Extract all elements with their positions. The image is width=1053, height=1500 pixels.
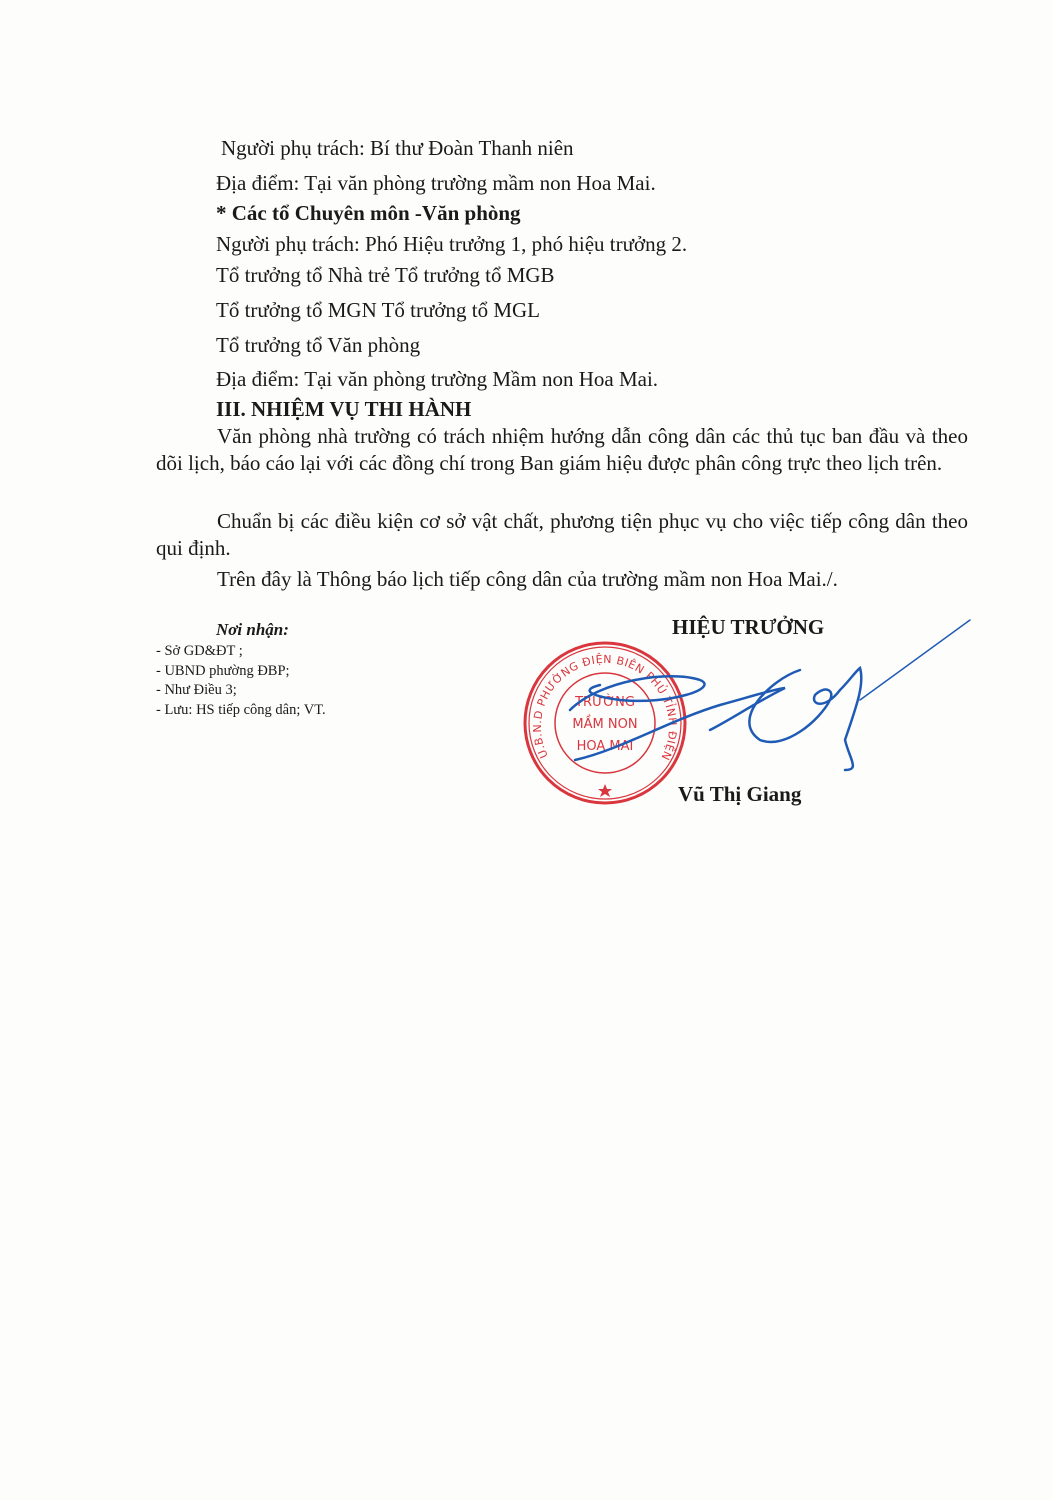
paragraph-preparation: Chuẩn bị các điều kiện cơ sở vật chất, p… (156, 508, 968, 562)
signatory-name: Vũ Thị Giang (678, 782, 801, 807)
location-line-1: Địa điểm: Tại văn phòng trường mầm non H… (216, 170, 656, 196)
stamp-star-icon (598, 784, 612, 797)
paragraph-duties: Văn phòng nhà trường có trách nhiệm hướn… (156, 423, 968, 477)
person-in-charge-youth: Người phụ trách: Bí thư Đoàn Thanh niên (221, 135, 574, 161)
subsection-heading: * Các tổ Chuyên môn -Văn phòng (216, 200, 521, 226)
recipient-item: - Lưu: HS tiếp công dân; VT. (156, 701, 326, 721)
recipient-item: - Sở GD&ĐT ; (156, 642, 326, 662)
recipient-item: - Như Điều 3; (156, 681, 326, 701)
team-leaders-line-3: Tổ trưởng tổ Văn phòng (216, 332, 420, 358)
team-leaders-line-1: Tổ trưởng tổ Nhà trẻ Tổ trưởng tổ MGB (216, 262, 555, 288)
team-leaders-line-2: Tổ trưởng tổ MGN Tổ trưởng tổ MGL (216, 297, 540, 323)
recipient-item: - UBND phường ĐBP; (156, 662, 326, 682)
recipients-list: - Sở GD&ĐT ; - UBND phường ĐBP; - Như Đi… (156, 642, 326, 720)
location-line-2: Địa điểm: Tại văn phòng trường Mầm non H… (216, 366, 658, 392)
recipients-title: Nơi nhận: (216, 620, 289, 640)
paragraph-closing: Trên đây là Thông báo lịch tiếp công dân… (156, 566, 968, 593)
handwritten-signature (560, 610, 980, 780)
section-heading: III. NHIỆM VỤ THI HÀNH (216, 396, 471, 422)
person-in-charge-dept: Người phụ trách: Phó Hiệu trưởng 1, phó … (216, 231, 687, 257)
